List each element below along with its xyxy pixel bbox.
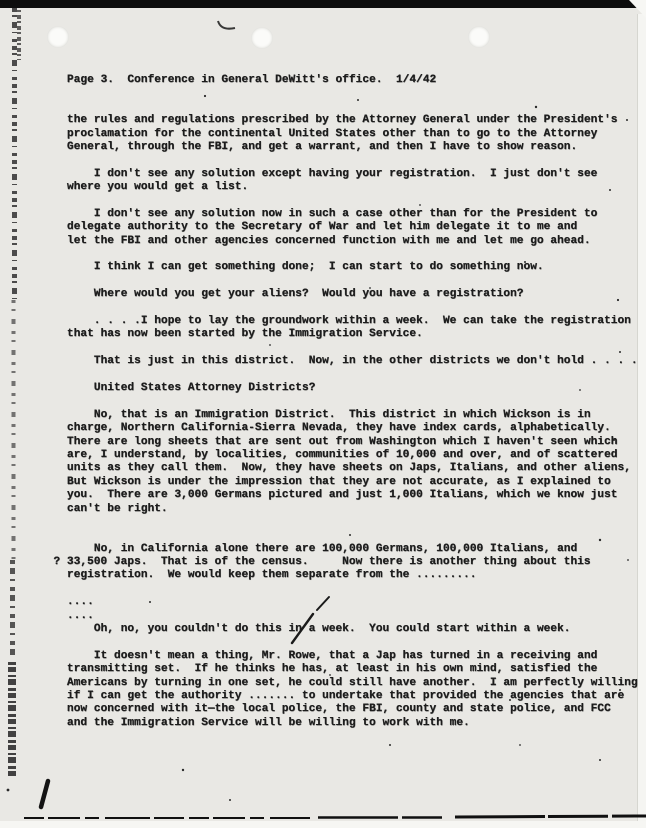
document-line: can't be right. xyxy=(67,503,638,516)
document-line: delegate authority to the Secretary of W… xyxy=(67,221,638,234)
document-line: and the Immigration Service will be will… xyxy=(67,717,638,730)
document-line xyxy=(67,275,638,288)
document-line: .... xyxy=(67,610,638,623)
document-title-line: Page 3. Conference in General DeWitt's o… xyxy=(67,74,638,87)
punch-hole xyxy=(251,27,273,49)
document-line: .... xyxy=(67,596,638,609)
document-line xyxy=(67,529,638,542)
document-line: where you would get a list. xyxy=(67,181,638,194)
document-line: the rules and regulations prescribed by … xyxy=(67,114,638,127)
document-text: Page 3. Conference in General DeWitt's o… xyxy=(67,74,638,730)
document-line: transmitting set. If he thinks he has, a… xyxy=(67,663,638,676)
document-line: There are long sheets that are sent out … xyxy=(67,436,638,449)
document-line: Oh, no, you couldn't do this in a week. … xyxy=(67,623,638,636)
document-line: That is just in this district. Now, in t… xyxy=(67,355,638,368)
scan-edge-right xyxy=(637,14,646,828)
document-line xyxy=(67,516,638,529)
scanned-document-page: Page 3. Conference in General DeWitt's o… xyxy=(0,0,646,828)
document-line: I don't see any solution now in such a c… xyxy=(67,208,638,221)
document-line xyxy=(67,583,638,596)
document-line: you. There are 3,000 Germans pictured an… xyxy=(67,489,638,502)
document-line xyxy=(67,195,638,208)
document-line: . . . .I hope to lay the groundwork with… xyxy=(67,315,638,328)
scan-corner-cut xyxy=(629,0,646,18)
document-line: I don't see any solution except having y… xyxy=(67,168,638,181)
document-line: units as they call them. Now, they have … xyxy=(67,462,638,475)
document-line xyxy=(67,101,638,114)
document-line: let the FBI and other agencies concerned… xyxy=(67,235,638,248)
document-line: United States Attorney Districts? xyxy=(67,382,638,395)
document-line xyxy=(67,248,638,261)
document-line: Americans by turning in one set, he coul… xyxy=(67,677,638,690)
document-line xyxy=(67,369,638,382)
bottom-scan-line xyxy=(24,816,646,818)
document-line: General, through the FBI, and get a warr… xyxy=(67,141,638,154)
document-line xyxy=(67,87,638,100)
document-line: registration. We would keep them separat… xyxy=(67,569,638,582)
document-line xyxy=(67,342,638,355)
document-line: are, I understand, by localities, commun… xyxy=(67,449,638,462)
document-line: now concerned with it—the local police, … xyxy=(67,703,638,716)
document-line: But Wickson is under the impression that… xyxy=(67,476,638,489)
document-line: proclamation for the continental United … xyxy=(67,128,638,141)
pen-curl-mark xyxy=(218,21,235,29)
document-line: I think I can get something done; I can … xyxy=(67,261,638,274)
document-line: Where would you get your aliens? Would y… xyxy=(67,288,638,301)
scan-edge-bottom xyxy=(0,821,646,828)
left-edge-speckle-strip xyxy=(12,8,19,778)
document-line: charge, Northern California-Sierra Nevad… xyxy=(67,422,638,435)
document-line: that has now been started by the Immigra… xyxy=(67,328,638,341)
document-line: if I can get the authority ....... to un… xyxy=(67,690,638,703)
document-line xyxy=(67,154,638,167)
document-line: No, in California alone there are 100,00… xyxy=(67,543,638,556)
document-line xyxy=(67,636,638,649)
document-line: No, that is an Immigration District. Thi… xyxy=(67,409,638,422)
scan-edge-bar-top xyxy=(0,0,646,8)
document-line: ? 33,500 Japs. That is of the census. No… xyxy=(54,556,638,569)
document-line xyxy=(67,302,638,315)
document-line: It doesn't mean a thing, Mr. Rowe, that … xyxy=(67,650,638,663)
document-line xyxy=(67,395,638,408)
punch-hole xyxy=(468,26,490,48)
punch-hole xyxy=(47,26,69,48)
pen-slash-bottom-left xyxy=(41,781,48,807)
